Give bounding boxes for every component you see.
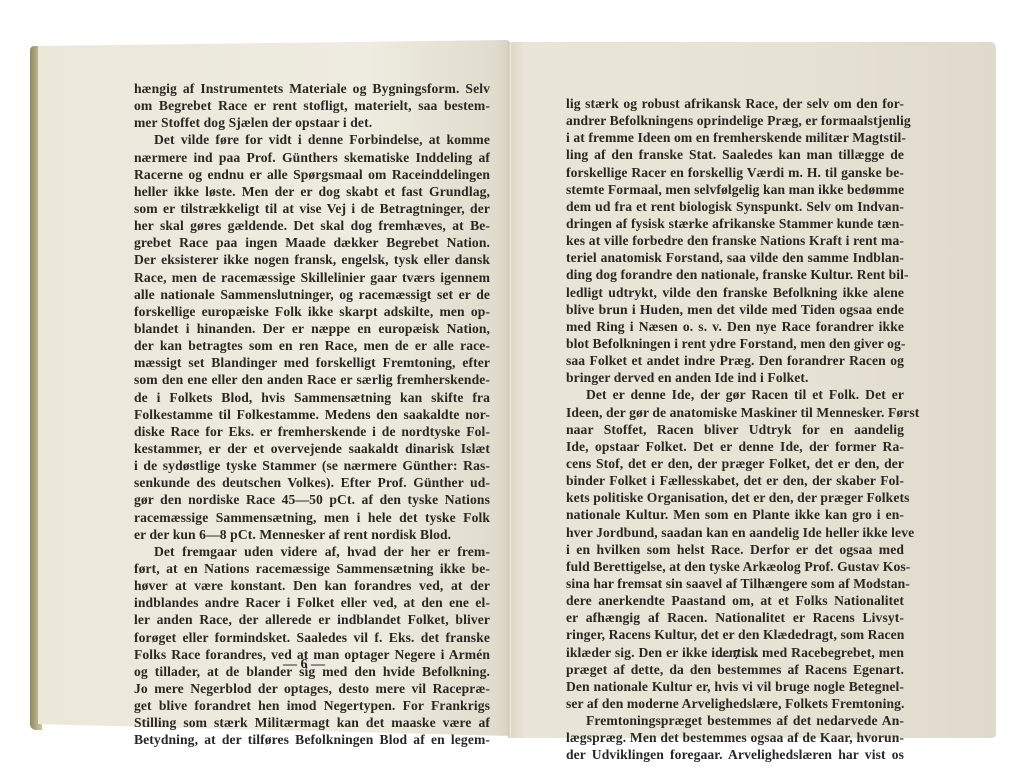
- text-line: Stilling som stærk Militærmagt kan det m…: [134, 714, 490, 731]
- spine-gutter: [508, 42, 511, 738]
- text-line: bringer derved en anden Ide ind i Folket…: [566, 369, 904, 386]
- text-line: fuld Berettigelse, at den tyske Arkæolog…: [566, 558, 904, 575]
- text-line: mæssigt set Blandinger med forskelligt F…: [134, 354, 490, 371]
- text-line: lægspræg. Men det bestemmes ogsaa af de …: [566, 729, 904, 746]
- text-line: diske Race for Eks. er fremherskende i d…: [134, 423, 490, 440]
- text-line: dringen af fysisk stærke afrikanske Stam…: [566, 215, 904, 232]
- text-line: hver Jordbund, saadan kan en aandelig Id…: [566, 524, 904, 541]
- text-line: Jo mere Negerblod der optages, desto mer…: [134, 680, 490, 697]
- text-line: der Udviklingen foregaar. Arvelighedslær…: [566, 746, 904, 763]
- text-line: med Ring i Næsen o. s. v. Den nye Race f…: [566, 318, 904, 335]
- text-line: Det er denne Ide, der gør Racen til et F…: [566, 386, 904, 403]
- text-line: andrer Befolkningens oprindelige Præg, e…: [566, 112, 904, 129]
- text-line: hængig af Instrumentets Materiale og Byg…: [134, 80, 490, 97]
- text-line: indblandes andre Racer i Folket eller ve…: [134, 594, 490, 611]
- text-line: Betydning, at der tilføres Befolkningen …: [134, 731, 490, 748]
- text-line: er afhængig af Racen. Nationalitet er Ra…: [566, 609, 904, 626]
- text-line: nationale Kultur. Men som en Plante ikke…: [566, 506, 904, 523]
- text-line: Racerne og endnu er alle Spørgsmaal om R…: [134, 166, 490, 183]
- text-line: kes at ville forbedre den franske Nation…: [566, 232, 904, 249]
- text-line: Race, men de racemæssige Skillelinier ga…: [134, 269, 490, 286]
- text-line: grebet Race paa ingen Maade dækker Begre…: [134, 234, 490, 251]
- text-line: Der eksisterer ikke nogen fransk, engels…: [134, 251, 490, 268]
- text-line: ser af den moderne Arvelighedslære, Folk…: [566, 695, 904, 712]
- text-line: ringer, Racens Kultur, det er den Klæded…: [566, 626, 904, 643]
- text-line: de i Folkets Blod, hvis Sammensætning ka…: [134, 389, 490, 406]
- text-line: gør den nordiske Race 45—50 pCt. af den …: [134, 491, 490, 508]
- text-line: stemte Formaal, men selvfølgelig kan man…: [566, 181, 904, 198]
- text-line: om Begrebet Race er rent stofligt, mater…: [134, 97, 490, 114]
- text-line: som er tilstrækkeligt til at vise Vej i …: [134, 200, 490, 217]
- text-line: Den nationale Kultur er, hvis vi vil bru…: [566, 678, 904, 695]
- text-line: er der kun 6—8 pCt. Mennesker af rent no…: [134, 526, 490, 543]
- text-line: Ideen, der gør de anatomiske Maskiner ti…: [566, 404, 904, 421]
- text-line: høver at være konstant. Den kan forandre…: [134, 577, 490, 594]
- text-line: Det fremgaar uden videre af, hvad der he…: [134, 543, 490, 560]
- text-line: der kan betragtes som en ren Race, men d…: [134, 337, 490, 354]
- text-line: blot Befolkningen i rent ydre Forstand, …: [566, 335, 904, 352]
- text-line: alle nationale Sammenslutninger, og race…: [134, 286, 490, 303]
- text-line: Det vilde føre for vidt i denne Forbinde…: [134, 131, 490, 148]
- text-line: heller ikke løste. Men der er dog skabt …: [134, 183, 490, 200]
- text-line: Folkestamme til Folkestamme. Medens den …: [134, 406, 490, 423]
- text-line: teriel anatomisk Forstand, saa vilde den…: [566, 249, 904, 266]
- text-line: dem ud fra et rent biologisk Synspunkt. …: [566, 198, 904, 215]
- text-line: forøget eller formindsket. Saaledes vil …: [134, 629, 490, 646]
- right-page-number: — 7 —: [716, 648, 758, 664]
- text-line: forskellige Racer en forskellig Værdi m.…: [566, 164, 904, 181]
- text-line: ført, at en Nations racemæssige Sammensæ…: [134, 560, 490, 577]
- text-line: racemæssige Sammensætning, men i hele de…: [134, 509, 490, 526]
- text-line: nærmere ind paa Prof. Günthers skematisk…: [134, 149, 490, 166]
- text-line: binder Folket i Fællesskabet, det er den…: [566, 472, 904, 489]
- text-line: i de sydøstlige tyske Stammer (se nærmer…: [134, 457, 490, 474]
- text-line: ding dog forandre den nationale, franske…: [566, 266, 904, 283]
- text-line: ler anden Race, der allerede er indbland…: [134, 611, 490, 628]
- text-line: dere anerkendte Paastand om, at et Folks…: [566, 592, 904, 609]
- text-line: cens Stof, det er den, der præger Folket…: [566, 455, 904, 472]
- left-page-number: — 6 —: [283, 657, 325, 673]
- text-line: get blive forandret hen imod Negertypen.…: [134, 697, 490, 714]
- book-spread-photo: hængig af Instrumentets Materiale og Byg…: [0, 0, 1024, 768]
- left-page-body-text: hængig af Instrumentets Materiale og Byg…: [134, 80, 490, 748]
- text-line: i en hvilken som helst Race. Derfor er d…: [566, 541, 904, 558]
- text-line: i at fremme Ideen om en fremherskende mi…: [566, 129, 904, 146]
- text-line: forskellige europæiske Folk ikke skarpt …: [134, 303, 490, 320]
- text-line: mer Stoffet dog Sjælen der opstaar i det…: [134, 114, 490, 131]
- text-line: kestammer, er der et overvejende saakald…: [134, 440, 490, 457]
- text-line: ling af den franske Stat. Saaledes kan m…: [566, 146, 904, 163]
- text-line: naar Stoffet, Racen bliver Udtryk for en…: [566, 421, 904, 438]
- text-line: her skal gøres gældende. Det skal dog fr…: [134, 217, 490, 234]
- text-line: Fremtoningspræget bestemmes af det nedar…: [566, 712, 904, 729]
- text-line: lig stærk og robust afrikansk Race, der …: [566, 95, 904, 112]
- text-line: blandet i hinanden. Der er næppe en euro…: [134, 320, 490, 337]
- text-line: senkunde des deutschen Volkes). Efter Pr…: [134, 474, 490, 491]
- text-line: ledligt udtrykt, vilde den franske Befol…: [566, 284, 904, 301]
- text-line: sina har fremsat sin saavel af Tilhænger…: [566, 575, 904, 592]
- text-line: som den ene eller den anden Race er særl…: [134, 371, 490, 388]
- text-line: kets politiske Organisation, det er den,…: [566, 489, 904, 506]
- text-line: Ide, opstaar Folket. Det er denne Ide, d…: [566, 438, 904, 455]
- text-line: saa Folket et andet indre Præg. Den fora…: [566, 352, 904, 369]
- text-line: blive brun i Huden, men det vilde med Ti…: [566, 301, 904, 318]
